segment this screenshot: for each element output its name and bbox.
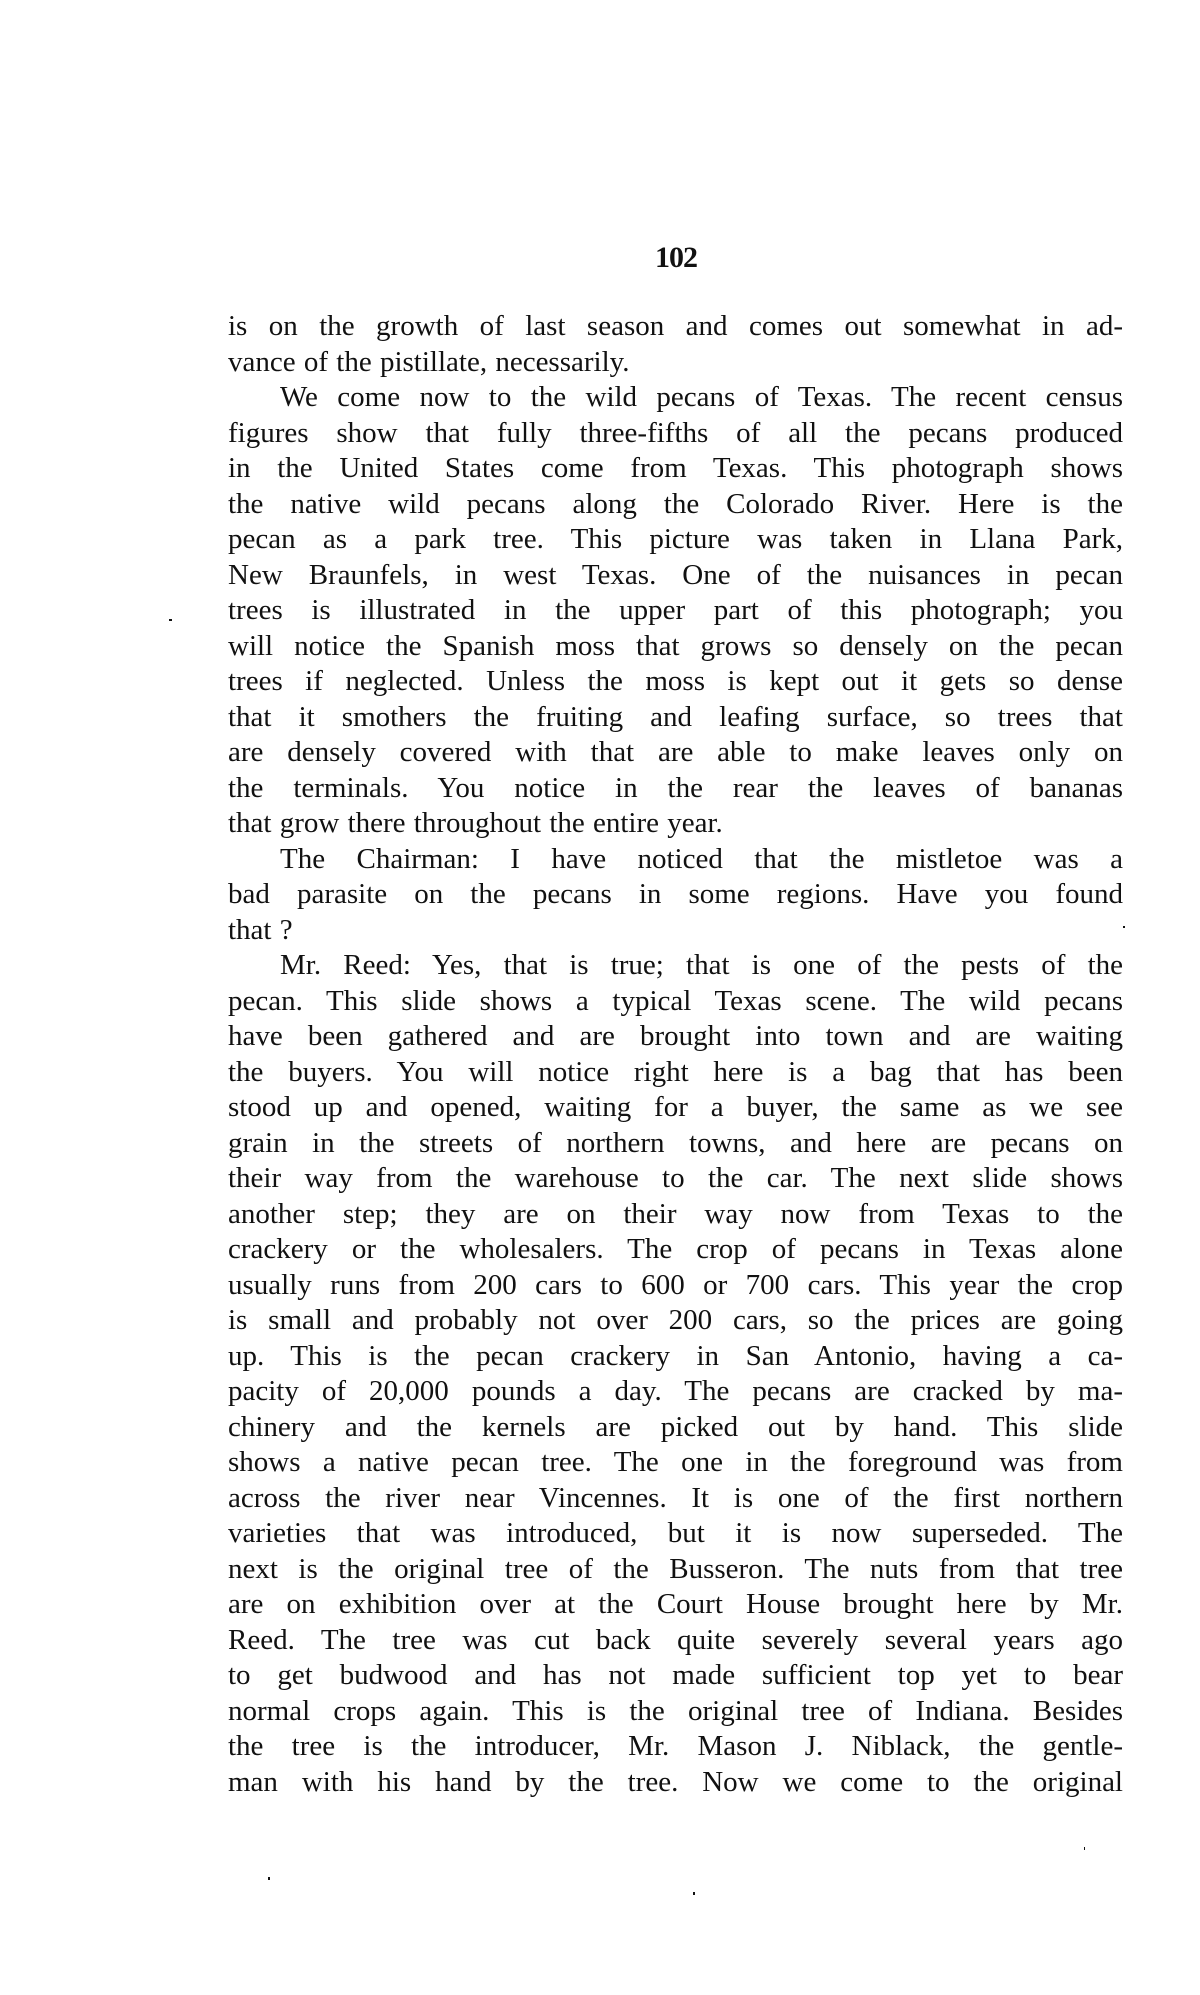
text-line: chinery and the kernels are picked out b… — [228, 1409, 1123, 1445]
text-line: Mr. Reed: Yes, that is true; that is one… — [280, 947, 1123, 983]
text-line: usually runs from 200 cars to 600 or 700… — [228, 1267, 1123, 1303]
text-line: New Braunfels, in west Texas. One of the… — [228, 557, 1123, 593]
text-line: We come now to the wild pecans of Texas.… — [280, 379, 1123, 415]
text-line: next is the original tree of the Bussero… — [228, 1551, 1123, 1587]
text-line: trees is illustrated in the upper part o… — [228, 592, 1123, 628]
page-number: 102 — [628, 240, 724, 276]
text-line: the terminals. You notice in the rear th… — [228, 770, 1123, 806]
text-line: is small and probably not over 200 cars,… — [228, 1302, 1123, 1338]
text-line: shows a native pecan tree. The one in th… — [228, 1444, 1123, 1480]
text-line: grain in the streets of northern towns, … — [228, 1125, 1123, 1161]
text-line: will notice the Spanish moss that grows … — [228, 628, 1123, 664]
scan-speck — [169, 619, 172, 621]
text-line: another step; they are on their way now … — [228, 1196, 1123, 1232]
text-line: stood up and opened, waiting for a buyer… — [228, 1089, 1123, 1125]
text-line: normal crops again. This is the original… — [228, 1693, 1123, 1729]
text-line: up. This is the pecan crackery in San An… — [228, 1338, 1123, 1374]
text-line: The Chairman: I have noticed that the mi… — [280, 841, 1123, 877]
text-line: bad parasite on the pecans in some regio… — [228, 876, 1123, 912]
text-line: in the United States come from Texas. Th… — [228, 450, 1123, 486]
scan-speck — [1084, 1847, 1085, 1850]
text-line: the tree is the introducer, Mr. Mason J.… — [228, 1728, 1123, 1764]
text-line: is on the growth of last season and come… — [228, 308, 1123, 344]
text-line: across the river near Vincennes. It is o… — [228, 1480, 1123, 1516]
text-line: crackery or the wholesalers. The crop of… — [228, 1231, 1123, 1267]
scanned-page: 102 is on the growth of last season and … — [0, 0, 1200, 1995]
scan-speck — [693, 1892, 695, 1895]
text-line: pecan as a park tree. This picture was t… — [228, 521, 1123, 557]
text-line: figures show that fully three-fifths of … — [228, 415, 1123, 451]
text-line: that grow there throughout the entire ye… — [228, 805, 1123, 841]
text-line: are on exhibition over at the Court Hous… — [228, 1586, 1123, 1622]
scan-speck — [268, 1877, 270, 1880]
text-line: that ? — [228, 912, 1123, 948]
text-line: trees if neglected. Unless the moss is k… — [228, 663, 1123, 699]
text-line: have been gathered and are brought into … — [228, 1018, 1123, 1054]
text-line: vance of the pistillate, necessarily. — [228, 344, 1123, 380]
text-line: their way from the warehouse to the car.… — [228, 1160, 1123, 1196]
text-line: pacity of 20,000 pounds a day. The pecan… — [228, 1373, 1123, 1409]
text-line: to get budwood and has not made sufficie… — [228, 1657, 1123, 1693]
text-line: pecan. This slide shows a typical Texas … — [228, 983, 1123, 1019]
text-line: the native wild pecans along the Colorad… — [228, 486, 1123, 522]
scan-speck — [1123, 926, 1125, 928]
text-line: that it smothers the fruiting and leafin… — [228, 699, 1123, 735]
text-line: man with his hand by the tree. Now we co… — [228, 1764, 1123, 1800]
text-line: are densely covered with that are able t… — [228, 734, 1123, 770]
text-line: Reed. The tree was cut back quite severe… — [228, 1622, 1123, 1658]
text-line: the buyers. You will notice right here i… — [228, 1054, 1123, 1090]
text-line: varieties that was introduced, but it is… — [228, 1515, 1123, 1551]
